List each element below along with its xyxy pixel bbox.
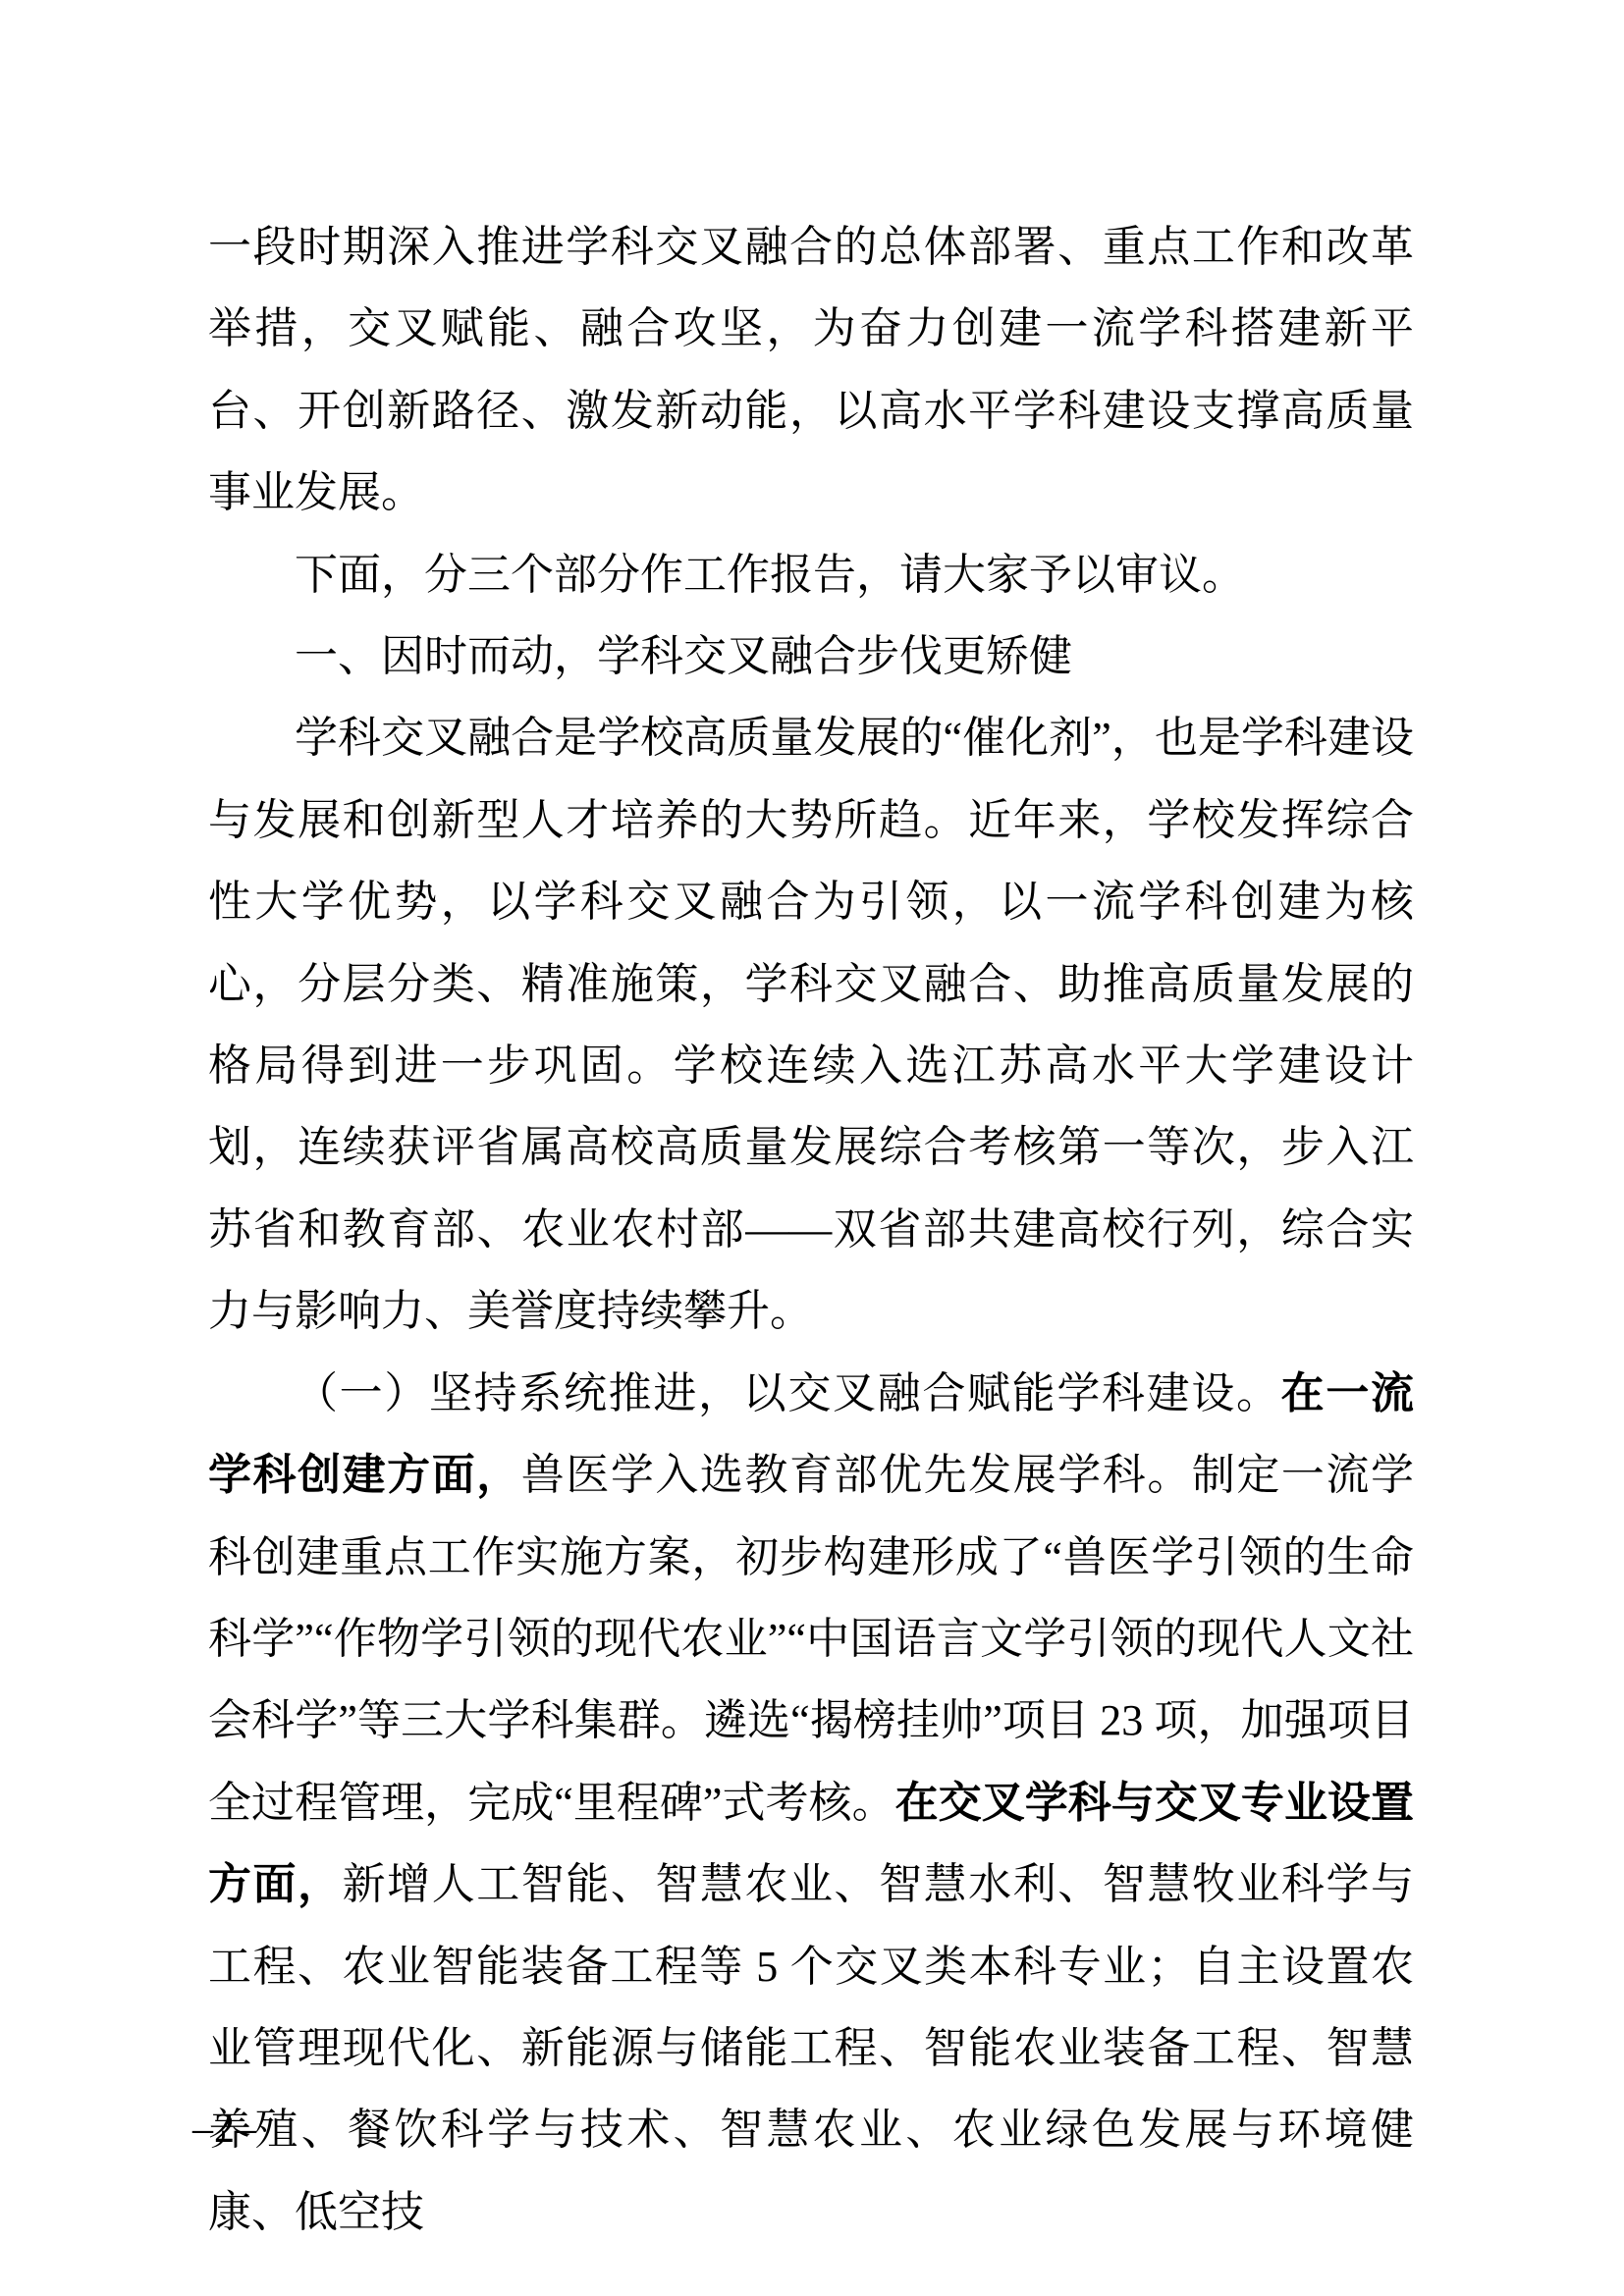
section-heading: 一、因时而动，学科交叉融合步伐更矫健: [208, 615, 1414, 697]
section-one-text-2: 新增人工智能、智慧农业、智慧水利、智慧牧业科学与工程、农业智能装备工程等 5 个…: [208, 1860, 1414, 2236]
paragraph-continuation: 一段时期深入推进学科交叉融合的总体部署、重点工作和改革举措，交叉赋能、融合攻坚，…: [208, 206, 1414, 534]
document-page: 一段时期深入推进学科交叉融合的总体部署、重点工作和改革举措，交叉赋能、融合攻坚，…: [0, 0, 1624, 2296]
document-text-block: 一段时期深入推进学科交叉融合的总体部署、重点工作和改革举措，交叉赋能、融合攻坚，…: [208, 206, 1414, 2253]
page-number: –2–: [192, 2109, 257, 2150]
paragraph-intro: 下面，分三个部分作工作报告，请大家予以审议。: [208, 534, 1414, 615]
section-one-lead: （一）坚持系统推进，以交叉融合赋能学科建设。: [295, 1368, 1281, 1418]
paragraph-section-one: （一）坚持系统推进，以交叉融合赋能学科建设。在一流学科创建方面，兽医学入选教育部…: [208, 1353, 1414, 2253]
paragraph-overview: 学科交叉融合是学校高质量发展的“催化剂”，也是学科建设与发展和创新型人才培养的大…: [208, 697, 1414, 1352]
section-one-text-1: 兽医学入选教育部优先发展学科。制定一流学科创建重点工作实施方案，初步构建形成了“…: [208, 1451, 1414, 1827]
